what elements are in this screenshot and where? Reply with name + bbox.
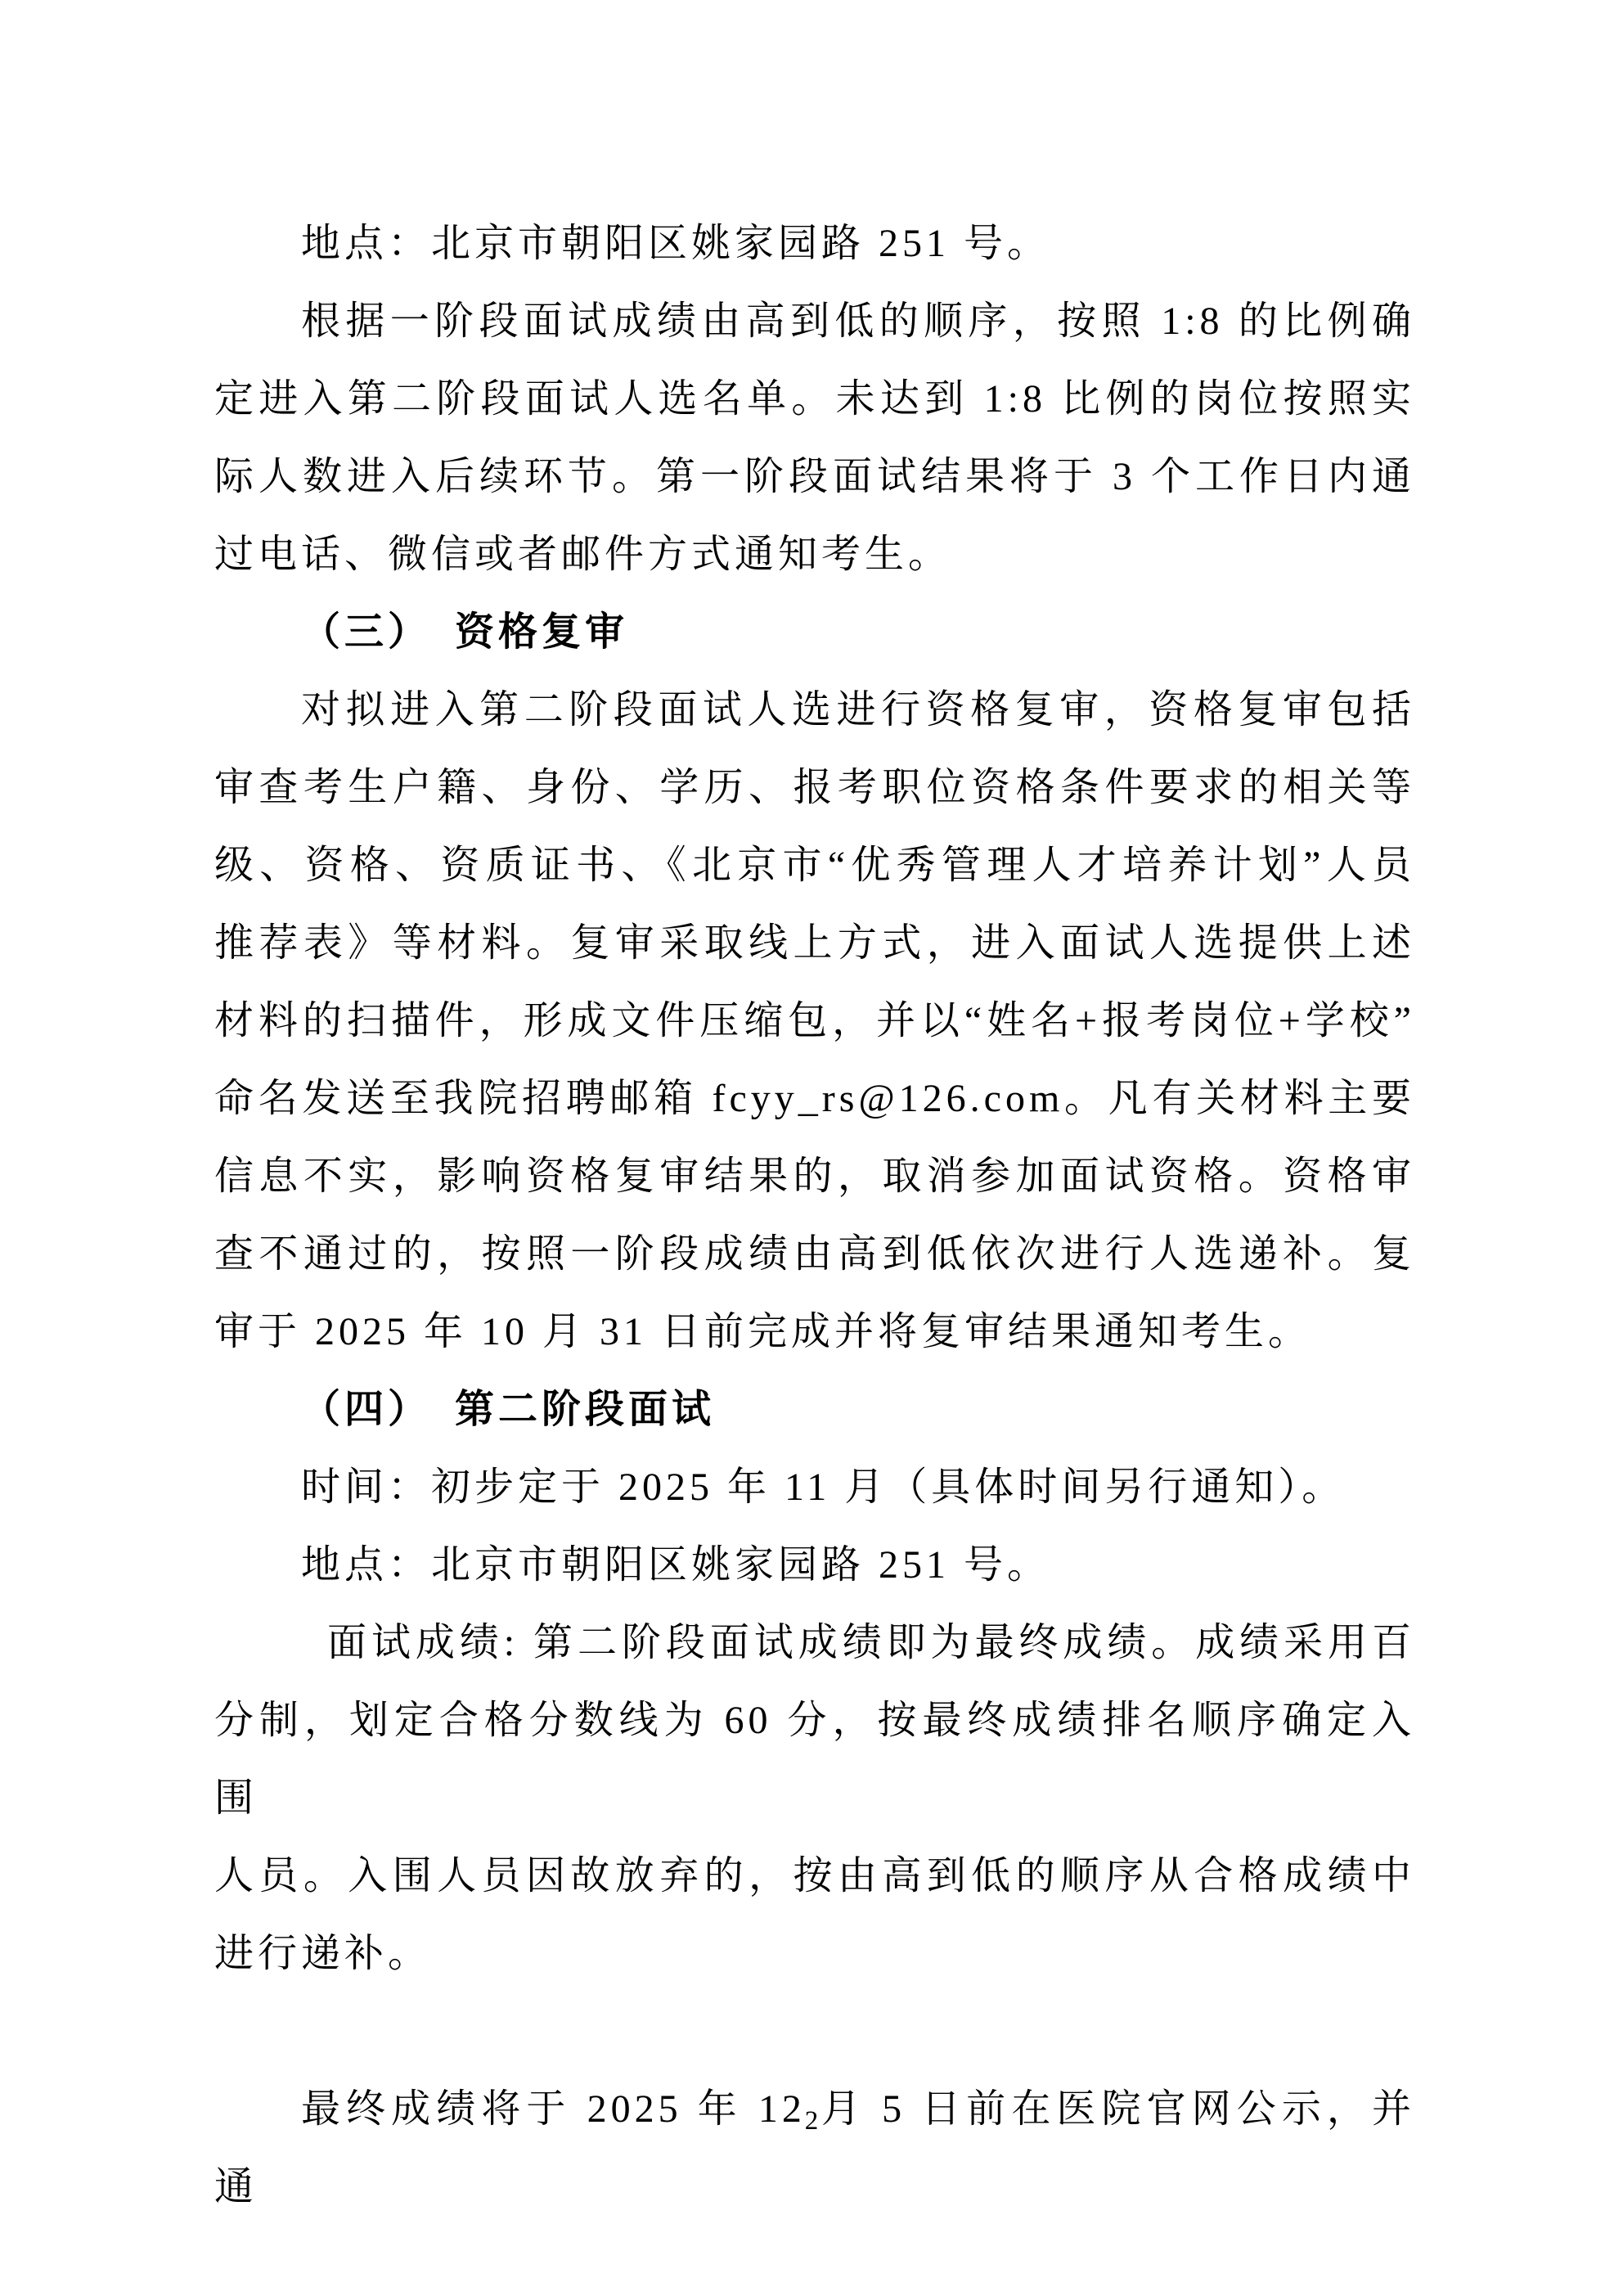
paragraph-line: 审于 2025 年 10 月 31 日前完成并将复审结果通知考生。 [214, 1293, 1415, 1371]
document-body: 地点：北京市朝阳区姚家园路 251 号。 根据一阶段面试成绩由高到低的顺序，按照… [214, 205, 1415, 2226]
paragraph-line: 地点：北京市朝阳区姚家园路 251 号。 [214, 1526, 1415, 1604]
paragraph-line: 信息不实，影响资格复审结果的，取消参加面试资格。资格审 [214, 1137, 1415, 1215]
paragraph-line: 级、资格、资质证书、《北京市“优秀管理人才培养计划”人员 [214, 826, 1415, 904]
paragraph-line: 推荐表》等材料。复审采取线上方式，进入面试人选提供上述 [214, 904, 1415, 982]
paragraph-line: 根据一阶段面试成绩由高到低的顺序，按照 1:8 的比例确 [214, 282, 1415, 360]
paragraph-line-with-email: 命名发送至我院招聘邮箱 fcyy_rs@126.com。凡有关材料主要 [214, 1060, 1415, 1137]
paragraph-line: 进行递补。 [214, 1915, 1415, 1992]
paragraph-line: 审查考生户籍、身份、学历、报考职位资格条件要求的相关等 [214, 749, 1415, 826]
paragraph-line: 际人数进入后续环节。第一阶段面试结果将于 3 个工作日内通 [214, 438, 1415, 515]
paragraph-line: 面试成绩: 第二阶段面试成绩即为最终成绩。成绩采用百 [214, 1604, 1415, 1681]
document-page: 地点：北京市朝阳区姚家园路 251 号。 根据一阶段面试成绩由高到低的顺序，按照… [0, 0, 1623, 2296]
paragraph-line: 定进入第二阶段面试人选名单。未达到 1:8 比例的岗位按照实 [214, 360, 1415, 438]
section-heading-4: （四） 第二阶段面试 [214, 1371, 1415, 1448]
paragraph-line: 最终成绩将于 2025 年 12 月 5 日前在医院官网公示，并通 [214, 2070, 1415, 2226]
paragraph-line: 过电话、微信或者邮件方式通知考生。 [214, 515, 1415, 593]
paragraph-line: 对拟进入第二阶段面试人选进行资格复审，资格复审包括 [214, 671, 1415, 749]
paragraph-line: 地点：北京市朝阳区姚家园路 251 号。 [214, 205, 1415, 282]
paragraph-line: 查不通过的，按照一阶段成绩由高到低依次进行人选递补。复 [214, 1215, 1415, 1293]
blank-line [214, 1992, 1415, 2070]
paragraph-line: 分制，划定合格分数线为 60 分，按最终成绩排名顺序确定入围 [214, 1681, 1415, 1837]
paragraph-line: 时间：初步定于 2025 年 11 月（具体时间另行通知）。 [214, 1448, 1415, 1526]
section-heading-3: （三） 资格复审 [214, 593, 1415, 671]
page-number: 2 [0, 2105, 1623, 2137]
paragraph-line: 材料的扫描件，形成文件压缩包，并以“姓名+报考岗位+学校” [214, 982, 1415, 1060]
paragraph-line: 人员。入围人员因故放弃的，按由高到低的顺序从合格成绩中 [214, 1837, 1415, 1915]
